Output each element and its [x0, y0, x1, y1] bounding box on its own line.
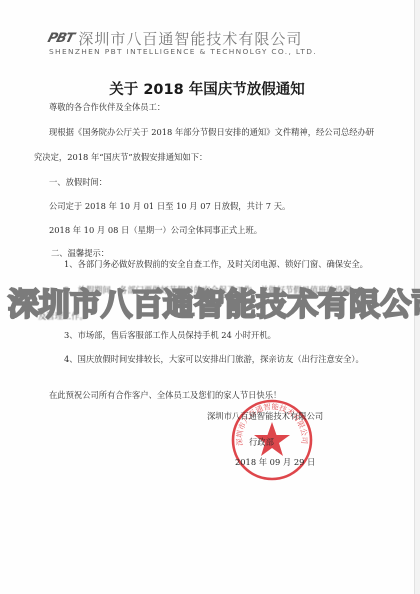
section-1-line-1: 公司定于 2018 年 10 月 01 日至 10 月 07 日放假，共计 7 …: [49, 200, 290, 212]
intro-paragraph-line-1: 现根据《国务院办公厅关于 2018 年部分节假日安排的通知》文件精神，经公司总经…: [49, 126, 374, 138]
section-1-line-2: 2018 年 10 月 08 日（星期一）公司全体同事正式上班。: [49, 224, 262, 236]
signature-department: 行政部: [249, 436, 274, 448]
tip-item-4: 4、国庆放假时间安排较长，大家可以安排出门旅游，探亲访友（出行注意安全）。: [64, 353, 364, 365]
letterhead: PBT 深圳市八百通智能技术有限公司: [48, 30, 302, 46]
tip-item-1: 1、各部门务必做好放假前的安全自查工作，及时关闭电源、锁好门窗、确保安全。: [64, 258, 368, 270]
company-name-cn: 深圳市八百通智能技术有限公司: [78, 28, 302, 49]
salutation: 尊敬的各合作伙伴及全体员工：: [49, 101, 165, 113]
signature-date: 2018 年 09 月 29 日: [235, 456, 315, 468]
intro-paragraph-line-2: 究决定，2018 年“国庆节”放假安排通知如下：: [34, 151, 207, 163]
document-page: PBT 深圳市八百通智能技术有限公司 SHENZHEN PBT INTELLIG…: [0, 0, 415, 594]
document-title: 关于 2018 年国庆节放假通知: [0, 78, 414, 99]
signature-company: 深圳市八百通智能技术有限公司: [207, 410, 323, 422]
company-name-en: SHENZHEN PBT INTELLIGENCE & TECHNOLGY CO…: [49, 47, 317, 56]
section-1-heading: 一、放假时间：: [49, 176, 107, 188]
tip-item-3: 3、市场部，售后客服部工作人员保持手机 24 小时开机。: [64, 329, 276, 341]
company-logo-icon: PBT: [46, 31, 75, 46]
watermark-text: 深圳市八百通智能技术有限公司: [8, 279, 420, 324]
